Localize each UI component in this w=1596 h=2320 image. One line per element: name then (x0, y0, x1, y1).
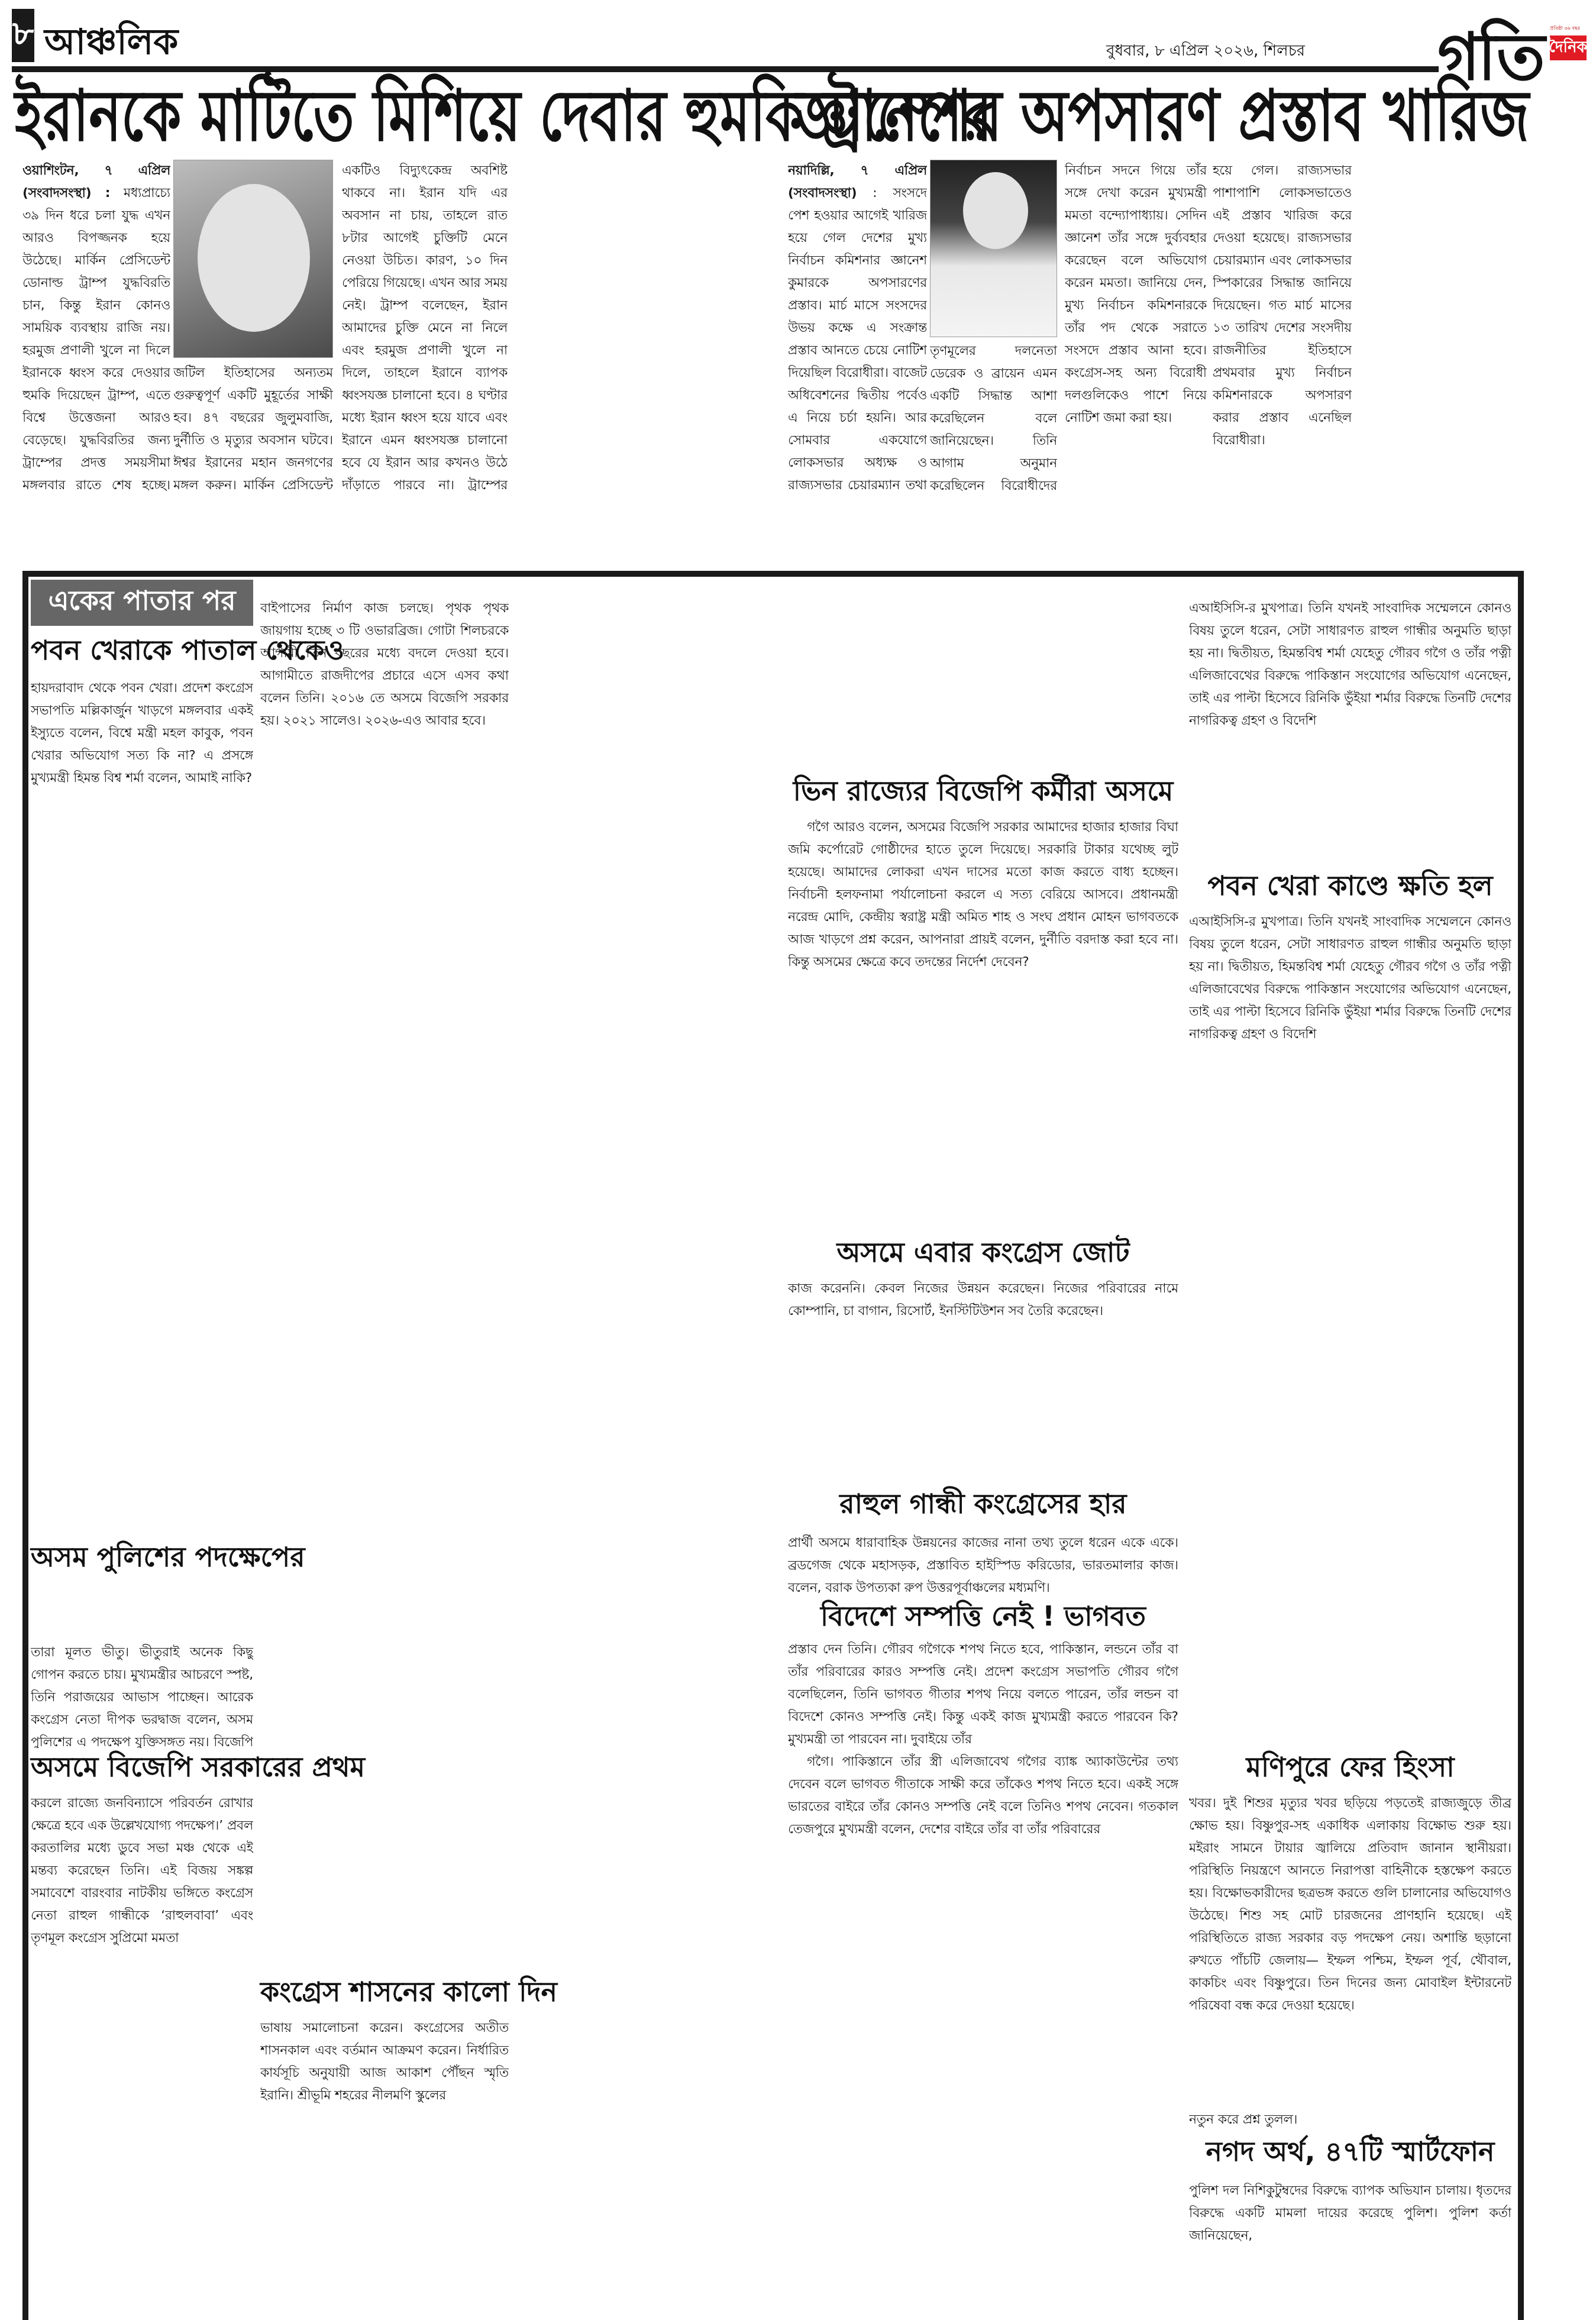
bjp-workers-column: গগৈ আরও বলেন, অসমের বিজেপি সরকার আমাদের … (788, 816, 1178, 1224)
pawan-column: হায়দরাবাদ থেকে পবন খেরা। প্রদেশ কংগ্রেস… (31, 677, 253, 1529)
logo-tagline: প্রতিষ্ঠা ৩৬ বছর (1550, 25, 1580, 33)
black-day-column: ভাষায় সমালোচনা করেন। কংগ্রেসের অতীত শাস… (260, 2017, 509, 2319)
subhead-rahul: রাহুল গান্ধী কংগ্রেসের হার (788, 1488, 1178, 1520)
manipur-column: খবর। দুই শিশুর মৃত্যুর খবর ছড়িয়ে পড়তে… (1189, 1792, 1511, 2112)
trump-col-3: একটিও বিদ্যুৎকেন্দ্র অবশিষ্ট থাকবে না। ই… (342, 160, 508, 491)
subhead-pawan-loss: পবন খেরা কাণ্ডে ক্ষতি হল (1189, 870, 1511, 902)
box-top-rule (22, 571, 1518, 577)
page-number: ৮ (12, 9, 34, 62)
bjp-first-column: করলে রাজ্যে জনবিন্যাসে পরিবর্তন রোখার ক্… (31, 1792, 253, 2319)
rahul-column: প্রার্থী অসমে ধারাবাহিক উন্নয়নের কাজের … (788, 1532, 1178, 1600)
gyanesh-col-1: নয়াদিল্লি, ৭ এপ্রিল (সংবাদসংস্থা) : সংস… (788, 160, 927, 491)
subhead-bjp-workers: ভিন রাজ্যের বিজেপি কর্মীরা অসমে (788, 775, 1178, 807)
section-name: আঞ্চলিক (44, 15, 178, 74)
headline-gyanesh: জ্ঞানেশের অপসারণ প্রস্তাব খারিজ (796, 77, 1529, 155)
subhead-black-day: কংগ্রেস শাসনের কালো দিন (260, 1976, 509, 2008)
congress-alliance-column: কাজ করেননি। কেবল নিজের উন্নয়ন করেছেন। ন… (788, 1278, 1178, 1485)
police-column: তারা মূলত ভীতু। ভীতুরাই অনেক কিছু গোপন ক… (31, 1642, 253, 1748)
bypass-column: বাইপাসের নির্মাণ কাজ চলছে। পৃথক পৃথক জায… (260, 597, 509, 1970)
gyanesh-col-3: নির্বাচন সদনে গিয়ে তাঁর সঙ্গে দেখা করেন… (1065, 160, 1207, 491)
face-shape (198, 184, 310, 332)
masthead: ৮ আঞ্চলিক বুধবার, ৮ এপ্রিল ২০২৬, শিলচর গ… (0, 0, 1596, 77)
gyanesh-col-2: তৃণমূলের দলনেতা ডেরেক ও ব্রায়েন এমন একট… (930, 340, 1057, 491)
subhead-pawan: পবন খেরাকে পাতাল থেকেও (31, 634, 253, 667)
bhagavat-column: প্রস্তাব দেন তিনি। গৌরব গগৈকে শপথ নিতে হ… (788, 1639, 1178, 2319)
trump-photo (173, 160, 333, 358)
gyanesh-col-4: হয়ে গেল। রাজ্যসভার পাশাপাশি লোকসভাতেও এ… (1213, 160, 1352, 491)
right-top-column: এআইসিসি-র মুখপাত্র। তিনি যখনই সাংবাদিক স… (1189, 597, 1511, 870)
continuation-banner: একের পাতার পর (31, 580, 253, 626)
gyanesh-photo (930, 160, 1057, 337)
cash-column: পুলিশ দল নিশিকুটুম্বদের বিরুদ্ধে ব্যাপক … (1189, 2180, 1511, 2319)
trump-col-1: ওয়াশিংটন, ৭ এপ্রিল (সংবাদসংস্থা) : মধ্য… (22, 160, 170, 491)
box-right-rule (1518, 571, 1524, 2320)
masthead-rule (12, 66, 1439, 72)
subhead-police: অসম পুলিশের পদক্ষেপের (31, 1541, 253, 1573)
pawan-loss-column: এআইসিসি-র মুখপাত্র। তিনি যখনই সাংবাদিক স… (1189, 911, 1511, 1786)
face-shape (963, 172, 1028, 249)
subhead-congress-alliance: অসমে এবার কংগ্রেস জোট (788, 1236, 1178, 1269)
trump-col-2: জটিল ইতিহাসের অন্যতম গুরুত্বপূর্ণ একটি ম… (173, 362, 333, 492)
box-left-rule (22, 571, 28, 2320)
cash-lead-in: নতুন করে প্রশ্ন তুলল। (1189, 2109, 1511, 2132)
newspaper-logo: গতি প্রতিষ্ঠা ৩৬ বছর দৈনিক (1437, 12, 1591, 77)
date-line: বুধবার, ৮ এপ্রিল ২০২৬, শিলচর (1106, 38, 1305, 64)
subhead-bjp-first: অসমে বিজেপি সরকারের প্রথম (31, 1751, 253, 1783)
subhead-bhagavat: বিদেশে সম্পত্তি নেই ! ভাগবত (788, 1600, 1178, 1633)
subhead-cash: নগদ অর্থ, ৪৭টি স্মার্টফোন (1189, 2135, 1511, 2168)
logo-dainik-badge: দৈনিক (1550, 35, 1587, 60)
subhead-manipur: মণিপুরে ফের হিংসা (1189, 1751, 1511, 1783)
